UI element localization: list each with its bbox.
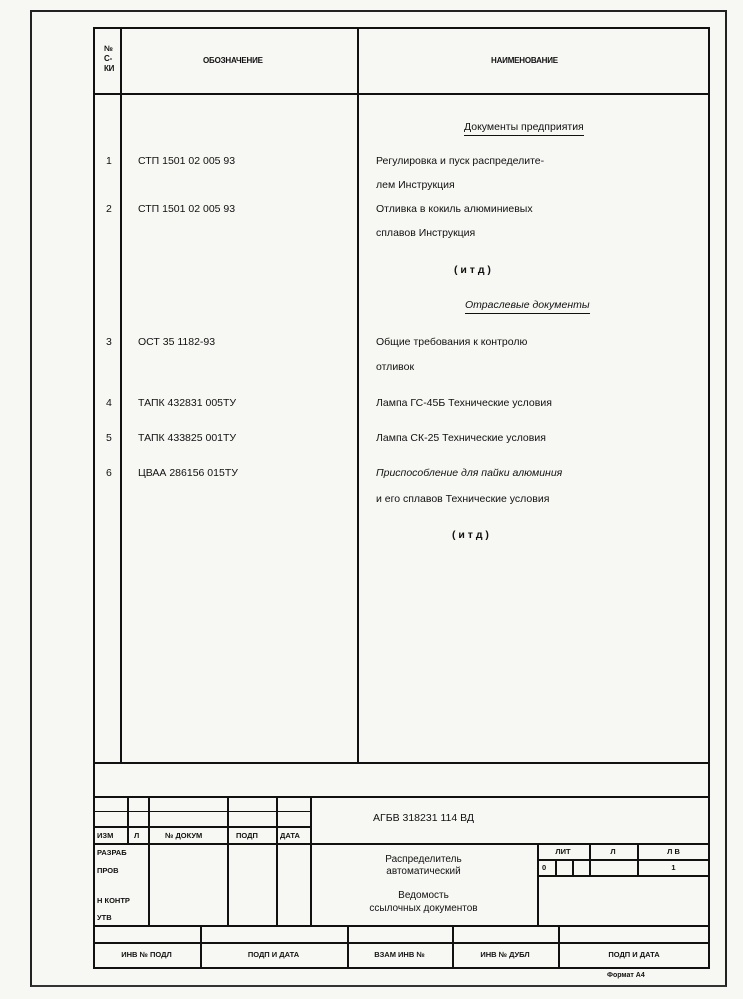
col-divider-name [357, 27, 359, 764]
row-num: 2 [106, 203, 112, 215]
stamp-rev-line [93, 811, 311, 812]
bottom-col [452, 925, 454, 967]
sheets-header: Л В [637, 847, 710, 856]
rev-header: ПОДП [236, 831, 258, 840]
role-label: РАЗРАБ [97, 848, 127, 857]
row-name-line: лем Инструкция [376, 179, 455, 191]
bottom-row-top-line [93, 942, 710, 944]
bottom-col [200, 925, 202, 967]
row-designation: ЦВАА 286156 015ТУ [138, 467, 238, 479]
stamp-col [227, 796, 229, 925]
doc-title-1: Ведомость [310, 890, 537, 901]
product-title-1: Распределитель [310, 854, 537, 865]
bottom-label: ПОДП И ДАТА [558, 950, 710, 959]
stamp-mid-line [93, 843, 710, 845]
header-designation: ОБОЗНАЧЕНИЕ [203, 56, 263, 65]
lit-line [537, 875, 710, 877]
col-divider-num [120, 27, 122, 764]
stamp-col [127, 796, 129, 843]
row-designation: ТАПК 433825 001ТУ [138, 432, 236, 444]
stamp-col [276, 796, 278, 925]
header-num-text: № С- КИ [104, 44, 114, 73]
header-name: НАИМЕНОВАНИЕ [491, 56, 558, 65]
role-label: УТВ [97, 913, 112, 922]
rev-header: Л [134, 831, 139, 840]
section-title: Документы предприятия [464, 121, 584, 136]
role-label: ПРОВ [97, 866, 119, 875]
bottom-label: ПОДП И ДАТА [200, 950, 347, 959]
row-num: 6 [106, 467, 112, 479]
etc-marker: ( и т д ) [454, 264, 491, 276]
header-num: № С- КИ [104, 44, 118, 74]
sheets-value: 1 [637, 863, 710, 872]
row-name-line: сплавов Инструкция [376, 227, 475, 239]
row-num: 1 [106, 155, 112, 167]
lit-value: 0 [542, 863, 546, 872]
stamp-top-line [93, 796, 710, 798]
row-num: 3 [106, 336, 112, 348]
row-name-line: Лампа СК-25 Технические условия [376, 432, 546, 444]
rev-header: № ДОКУМ [165, 831, 202, 840]
section-title: Отраслевые документы [465, 299, 590, 314]
row-designation: СТП 1501 02 005 93 [138, 203, 235, 215]
row-name-line: Общие требования к контролю [376, 336, 527, 348]
row-name-line: Отливка в кокиль алюминиевых [376, 203, 533, 215]
sheet-header: Л [589, 847, 637, 856]
stamp-rev-line [93, 826, 311, 828]
row-designation: ТАПК 432831 005ТУ [138, 397, 236, 409]
bottom-label: ВЗАМ ИНВ № [347, 950, 452, 959]
product-title-2: автоматический [310, 866, 537, 877]
doc-title-2: ссылочных документов [310, 903, 537, 914]
etc-marker: ( и т д ) [452, 529, 489, 541]
row-num: 4 [106, 397, 112, 409]
bottom-label: ИНВ № ПОДЛ [93, 950, 200, 959]
row-name-line: Лампа ГС-45Б Технические условия [376, 397, 552, 409]
row-designation: СТП 1501 02 005 93 [138, 155, 235, 167]
lit-header: ЛИТ [537, 847, 589, 856]
row-name-line: Регулировка и пуск распределите- [376, 155, 544, 167]
bottom-col [347, 925, 349, 967]
row-name-line: Приспособление для пайки алюминия [376, 467, 562, 479]
header-bottom-line [93, 93, 710, 95]
bottom-label: ИНВ № ДУБЛ [452, 950, 558, 959]
lit-col [572, 859, 574, 876]
format-label: Формат А4 [607, 972, 645, 979]
row-name-line: отливок [376, 361, 414, 373]
stamp-bottom-line [93, 925, 710, 927]
lit-line [537, 859, 710, 861]
row-num: 5 [106, 432, 112, 444]
lit-col [555, 859, 557, 876]
table-bottom-line [93, 762, 710, 764]
stamp-col [148, 796, 150, 925]
row-name-line: и его сплавов Технические условия [376, 493, 549, 505]
rev-header: ДАТА [280, 831, 300, 840]
bottom-col [558, 925, 560, 967]
rev-header: ИЗМ [97, 831, 113, 840]
doc-code: АГБВ 318231 114 ВД [310, 812, 537, 824]
row-designation: ОСТ 35 1182-93 [138, 336, 215, 348]
role-label: Н КОНТР [97, 896, 130, 905]
